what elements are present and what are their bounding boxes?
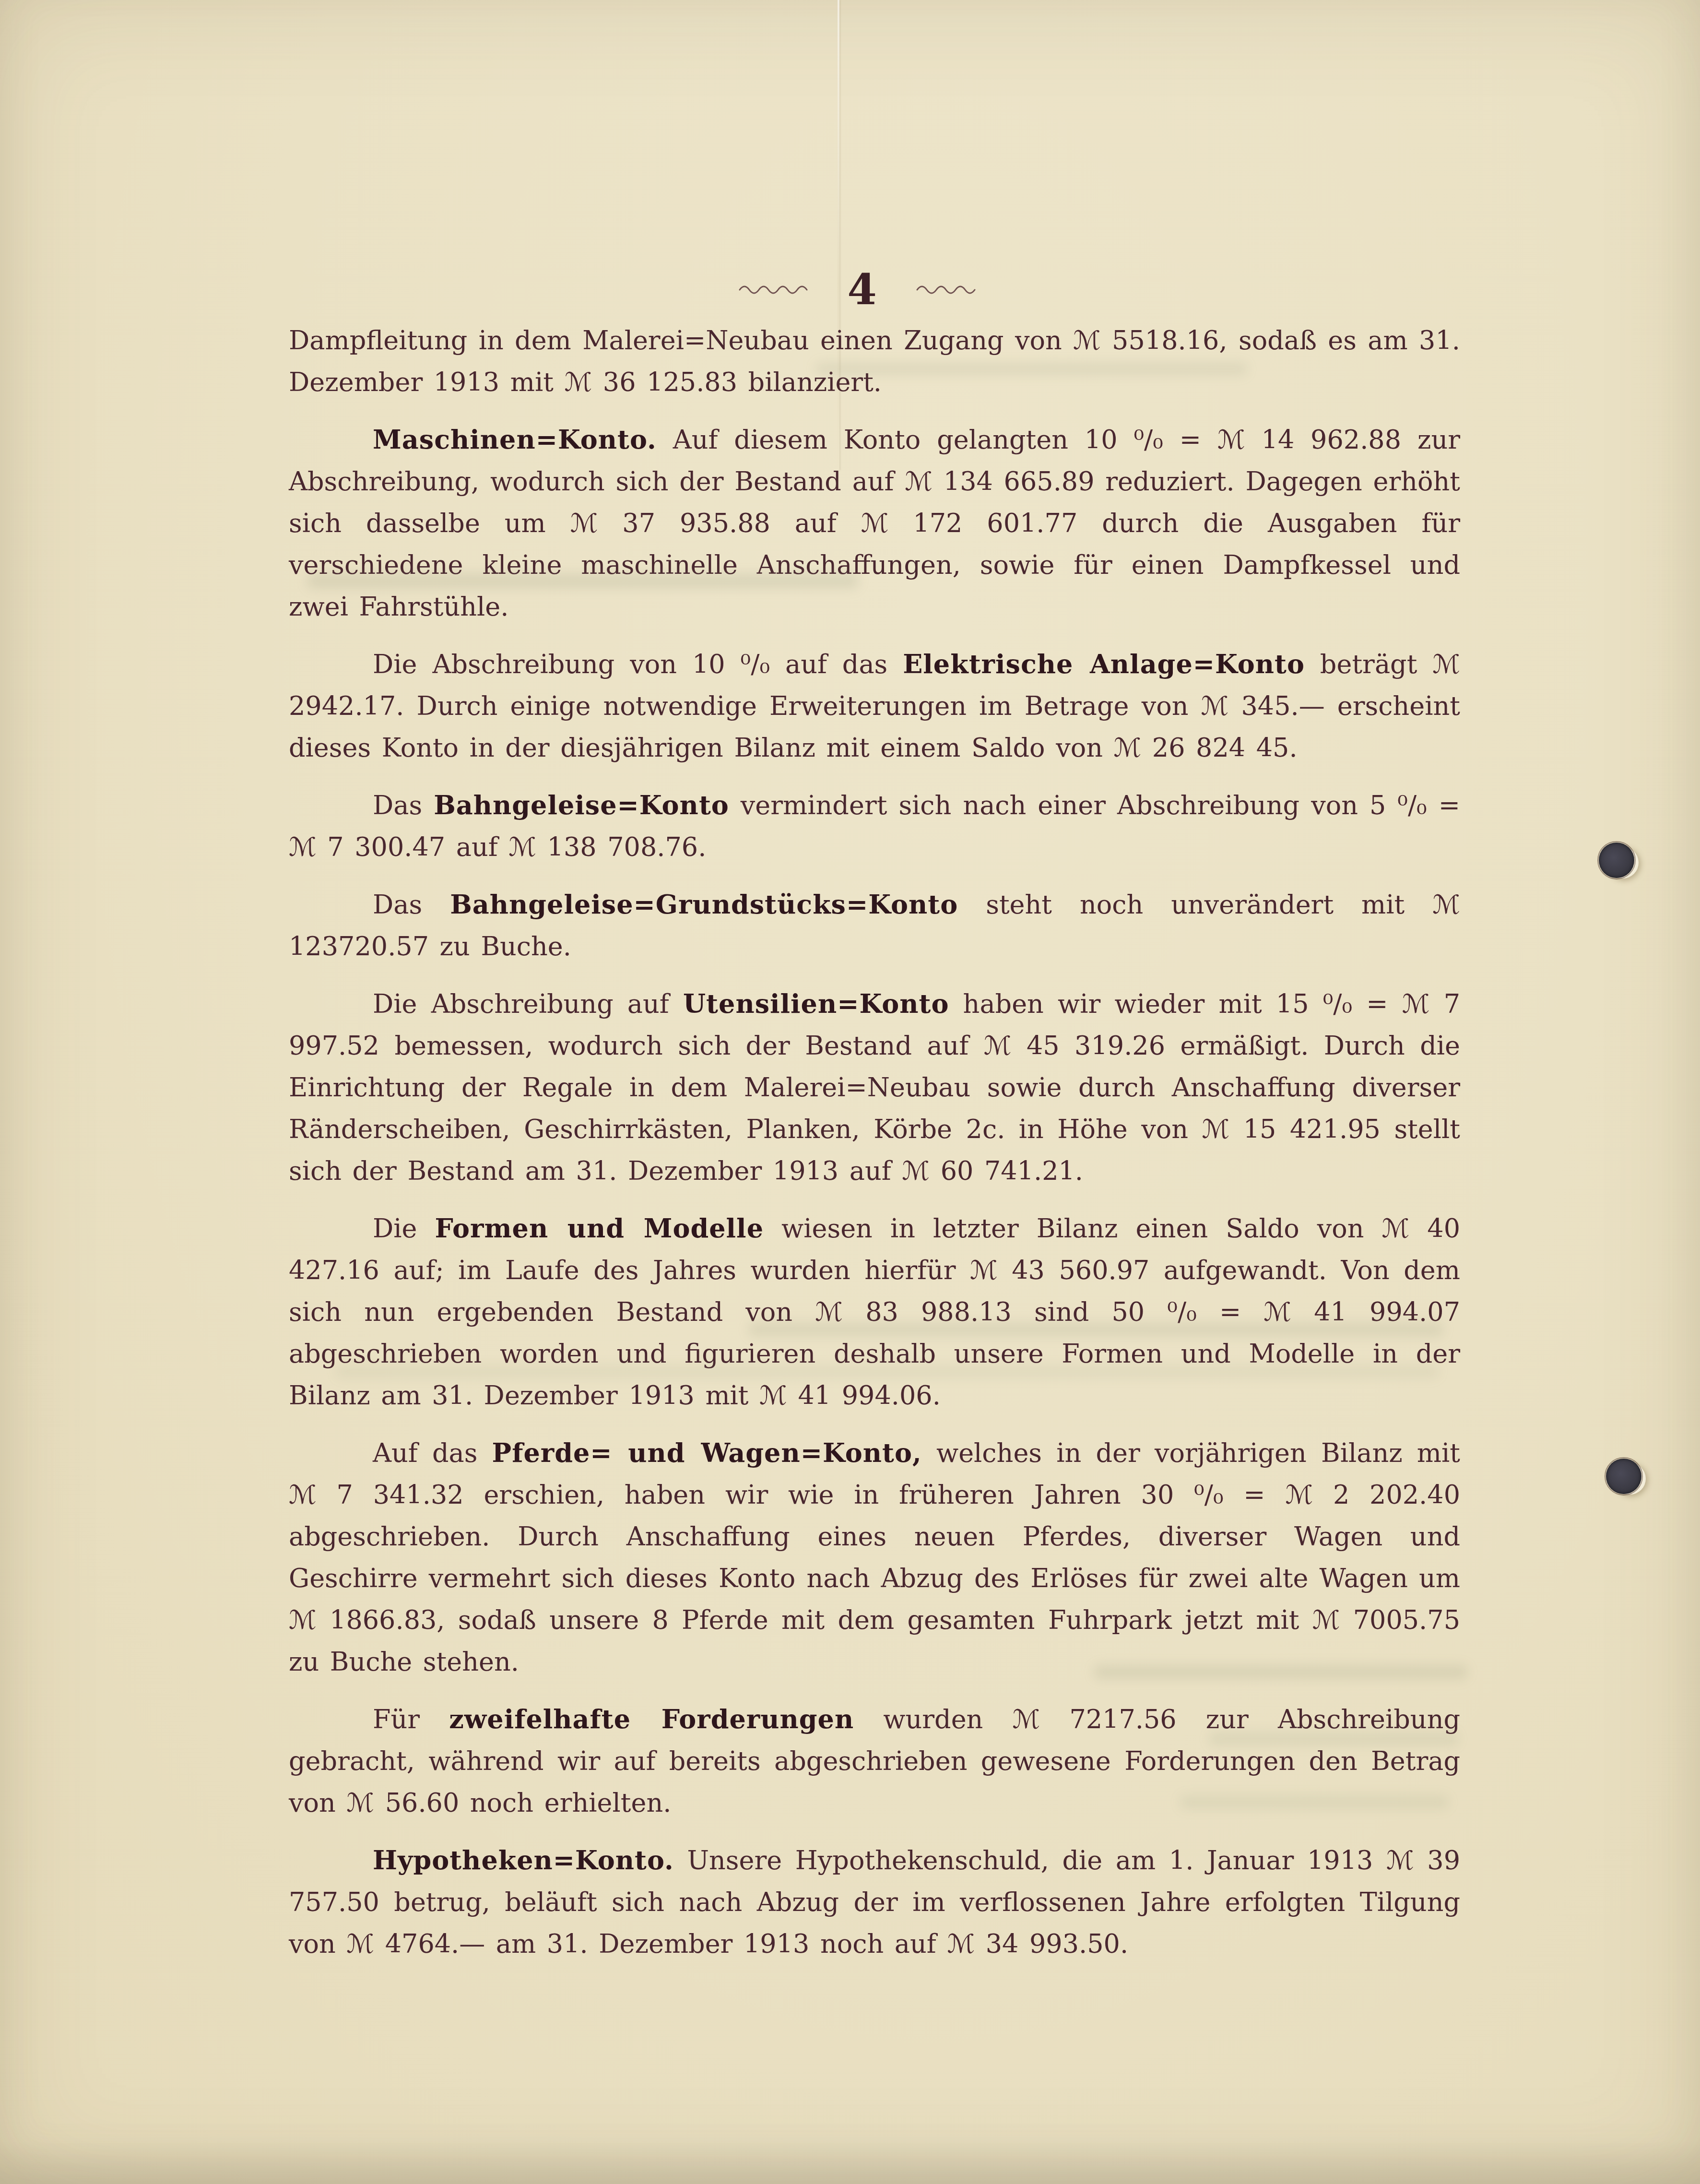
text-run: Die — [373, 1213, 435, 1244]
paragraph: Die Formen und Modelle wiesen in letzter… — [289, 1208, 1460, 1416]
text-run: Für — [373, 1704, 449, 1734]
punch-hole — [1606, 1459, 1641, 1494]
account-heading: zweifelhafte Forderungen — [449, 1704, 854, 1734]
paragraph: Das Bahngeleise=Konto vermindert sich na… — [289, 784, 1460, 868]
text-run: Das — [373, 790, 434, 820]
paragraph: Auf das Pferde= und Wagen=Konto, welches… — [289, 1432, 1460, 1683]
text-run: Auf das — [373, 1438, 492, 1468]
account-heading: Elektrische Anlage=Konto — [903, 649, 1305, 679]
account-heading: Bahngeleise=Konto — [434, 790, 729, 820]
account-heading: Pferde= und Wagen=Konto, — [492, 1437, 922, 1468]
account-heading: Formen und Modelle — [435, 1213, 764, 1244]
paragraph: Das Bahngeleise=Grundstücks=Konto steht … — [289, 884, 1460, 967]
account-heading: Utensilien=Konto — [683, 988, 949, 1019]
account-heading: Hypotheken=Konto. — [373, 1845, 674, 1875]
paragraph: Die Abschreibung auf Utensilien=Konto ha… — [289, 983, 1460, 1192]
wavy-rule-right — [915, 283, 984, 296]
paragraph: Hypotheken=Konto. Unsere Hypothekenschul… — [289, 1840, 1460, 1965]
punch-hole — [1599, 843, 1634, 878]
page-number: 4 — [847, 268, 877, 310]
text-run: welches in der vorjährigen Bilanz mit ℳ … — [289, 1438, 1460, 1677]
wavy-rule-left — [738, 283, 810, 296]
account-heading: Bahngeleise=Grundstücks=Konto — [450, 889, 958, 920]
paragraph: Für zweifelhafte Forderungen wurden ℳ 72… — [289, 1698, 1460, 1824]
text-run: Dampfleitung in dem Malerei=Neubau einen… — [289, 325, 1460, 397]
page-header: 4 — [275, 263, 1447, 316]
paragraph: Die Abschreibung von 10 ⁰/₀ auf das Elek… — [289, 643, 1460, 769]
account-heading: Maschinen=Konto. — [373, 424, 657, 455]
paragraph: Maschinen=Konto. Auf diesem Konto gelang… — [289, 419, 1460, 628]
text-run: Das — [373, 890, 450, 920]
text-run: Die Abschreibung von 10 ⁰/₀ auf das — [373, 649, 903, 679]
paragraph: Dampfleitung in dem Malerei=Neubau einen… — [289, 320, 1460, 403]
text-run: Die Abschreibung auf — [373, 989, 683, 1019]
scanned-page: 4 Dampfleitung in dem Malerei=Neubau ein… — [0, 0, 1700, 2184]
document-body: Dampfleitung in dem Malerei=Neubau einen… — [289, 320, 1460, 1981]
